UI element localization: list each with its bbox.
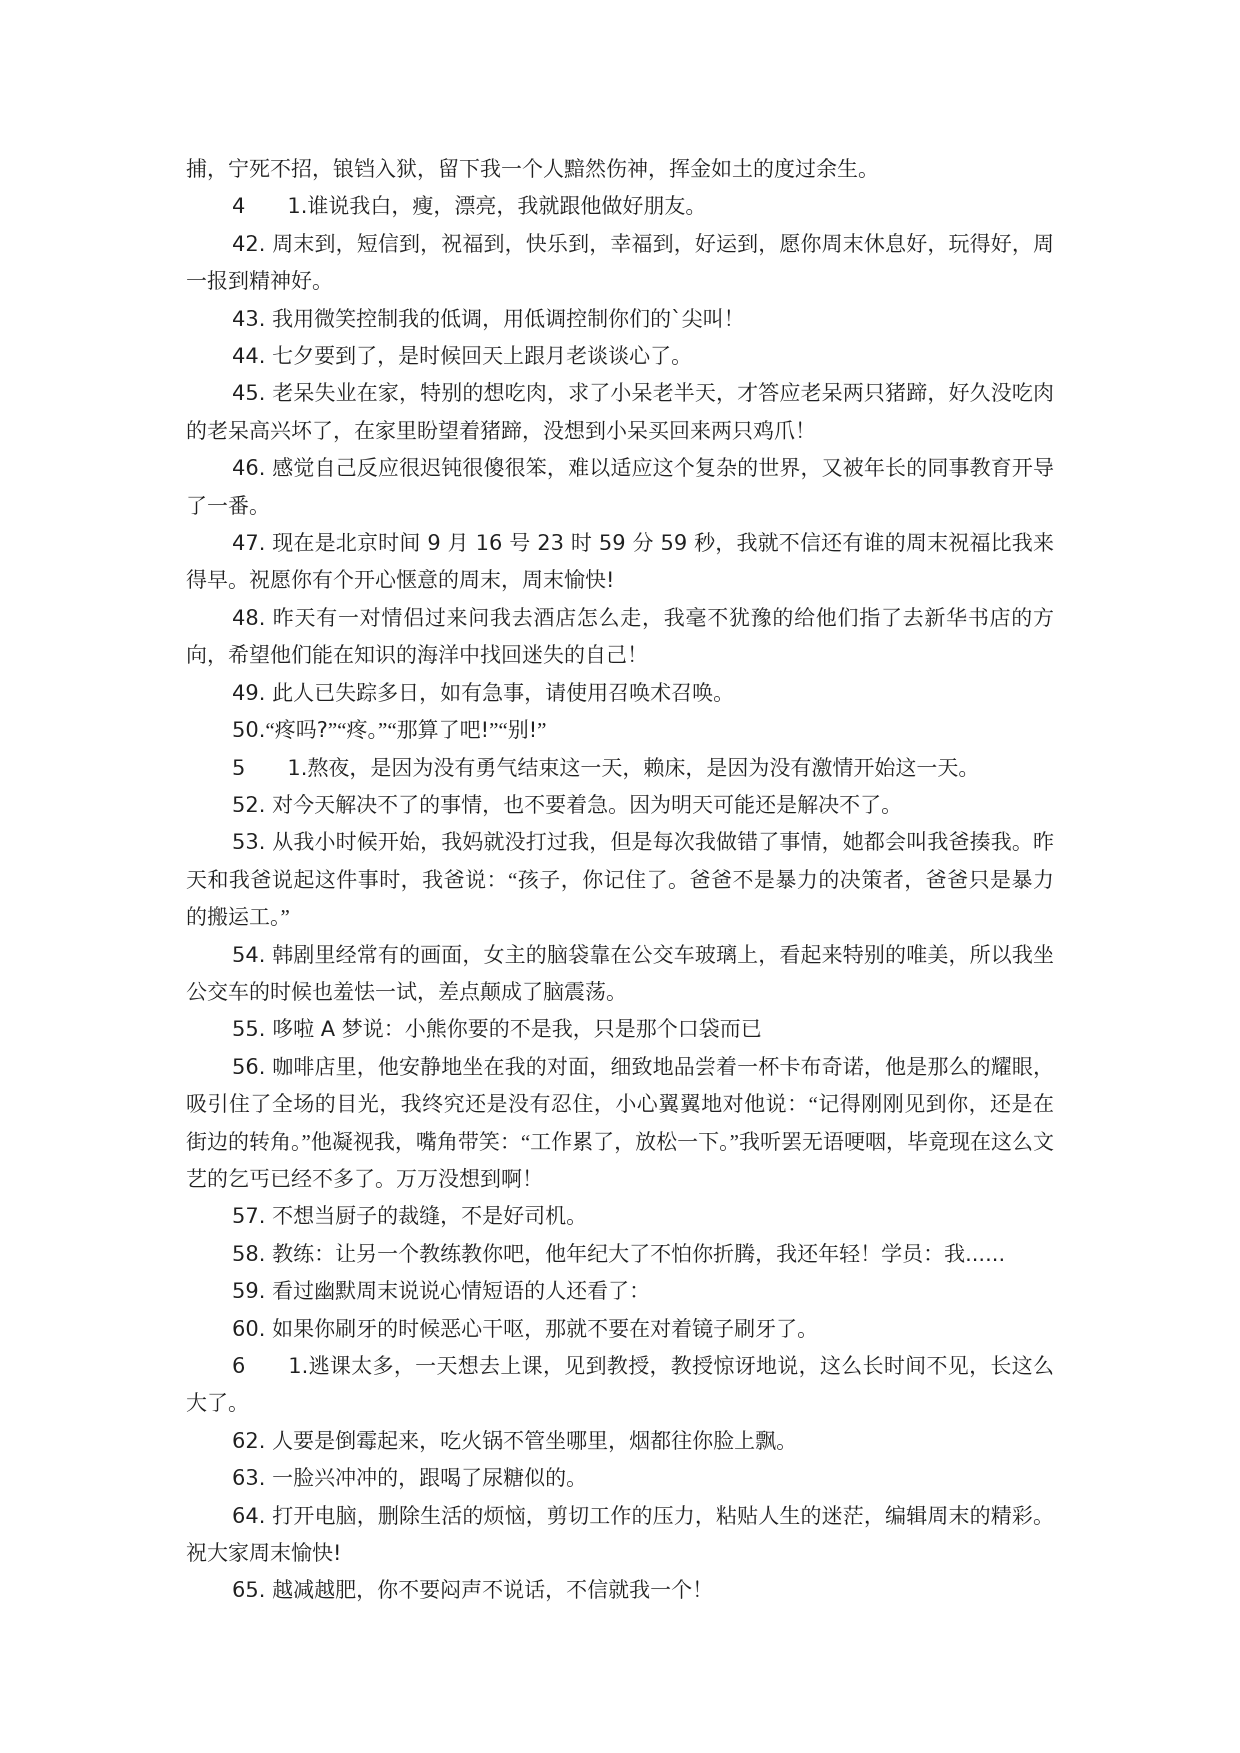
paragraph: 56. 咖啡店里，他安静地坐在我的对面，细致地品尝着一杯卡布奇诺，他是那么的耀眼… (186, 1049, 1054, 1199)
paragraph: 4 1.谁说我白，瘦，漂亮，我就跟他做好朋友。 (186, 188, 1054, 225)
document-page: 捕，宁死不招，锒铛入狱，留下我一个人黯然伤神，挥金如土的度过余生。4 1.谁说我… (0, 0, 1240, 1753)
paragraph: 58. 教练：让另一个教练教你吧，他年纪大了不怕你折腾，我还年轻！学员：我...… (186, 1236, 1054, 1273)
paragraph: 59. 看过幽默周末说说心情短语的人还看了： (186, 1273, 1054, 1310)
paragraph: 65. 越减越肥，你不要闷声不说话，不信就我一个！ (186, 1572, 1054, 1609)
paragraph: 捕，宁死不招，锒铛入狱，留下我一个人黯然伤神，挥金如土的度过余生。 (186, 151, 1054, 188)
paragraph: 6 1.逃课太多，一天想去上课，见到教授，教授惊讶地说，这么长时间不见，长这么大… (186, 1348, 1054, 1423)
paragraph: 57. 不想当厨子的裁缝，不是好司机。 (186, 1198, 1054, 1235)
paragraph: 43. 我用微笑控制我的低调，用低调控制你们的`尖叫！ (186, 301, 1054, 338)
paragraph: 62. 人要是倒霉起来，吃火锅不管坐哪里，烟都往你脸上飘。 (186, 1423, 1054, 1460)
paragraph: 48. 昨天有一对情侣过来问我去酒店怎么走，我毫不犹豫的给他们指了去新华书店的方… (186, 600, 1054, 675)
document-content: 捕，宁死不招，锒铛入狱，留下我一个人黯然伤神，挥金如土的度过余生。4 1.谁说我… (186, 151, 1054, 1610)
paragraph: 60. 如果你刷牙的时候恶心干呕，那就不要在对着镜子刷牙了。 (186, 1311, 1054, 1348)
paragraph: 63. 一脸兴冲冲的，跟喝了尿糖似的。 (186, 1460, 1054, 1497)
paragraph: 52. 对今天解决不了的事情，也不要着急。因为明天可能还是解决不了。 (186, 787, 1054, 824)
paragraph: 45. 老呆失业在家，特别的想吃肉，求了小呆老半天，才答应老呆两只猪蹄，好久没吃… (186, 375, 1054, 450)
paragraph: 54. 韩剧里经常有的画面，女主的脑袋靠在公交车玻璃上，看起来特别的唯美，所以我… (186, 937, 1054, 1012)
paragraph: 55. 哆啦 A 梦说：小熊你要的不是我，只是那个口袋而已 (186, 1011, 1054, 1048)
paragraph: 49. 此人已失踪多日，如有急事，请使用召唤术召唤。 (186, 675, 1054, 712)
paragraph: 46. 感觉自己反应很迟钝很傻很笨，难以适应这个复杂的世界，又被年长的同事教育开… (186, 450, 1054, 525)
paragraph: 47. 现在是北京时间 9 月 16 号 23 时 59 分 59 秒，我就不信… (186, 525, 1054, 600)
paragraph: 50.“疼吗?”“疼。”“那算了吧!”“别!” (186, 712, 1054, 749)
paragraph: 42. 周末到，短信到，祝福到，快乐到，幸福到，好运到，愿你周末休息好，玩得好，… (186, 226, 1054, 301)
paragraph: 64. 打开电脑，删除生活的烦恼，剪切工作的压力，粘贴人生的迷茫，编辑周末的精彩… (186, 1498, 1054, 1573)
paragraph: 44. 七夕要到了，是时候回天上跟月老谈谈心了。 (186, 338, 1054, 375)
paragraph: 5 1.熬夜，是因为没有勇气结束这一天，赖床，是因为没有激情开始这一天。 (186, 750, 1054, 787)
paragraph: 53. 从我小时候开始，我妈就没打过我，但是每次我做错了事情，她都会叫我爸揍我。… (186, 824, 1054, 936)
